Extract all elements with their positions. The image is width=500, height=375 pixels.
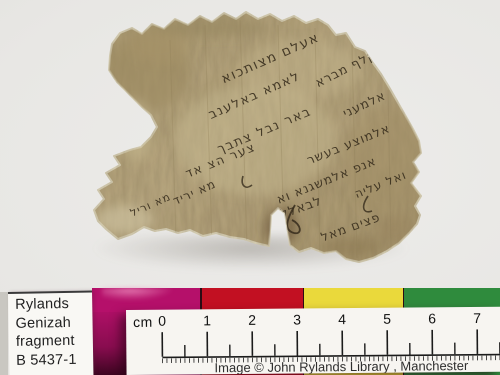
ruler-number: 0 [158,313,166,329]
label-line: fragment [9,332,93,352]
photo-canvas: אעלם מצותכואלאמא באלענבאקלף מבראבאר נבל … [0,0,500,375]
label-line: Rylands [8,295,92,315]
ruler-card: cm Image © John Rylands Library , Manche… [126,307,500,375]
ruler-number: 6 [428,310,436,326]
shadow-between-cards [92,312,128,375]
label-line: B 5437-1 [9,350,93,370]
ruler-number: 5 [383,311,391,327]
ruler-unit-label: cm [133,314,153,330]
label-line: Genizah [8,313,92,333]
magenta-patch-highlight [102,288,172,300]
ruler-number: 2 [248,312,256,328]
ruler-number: 3 [293,311,301,327]
shelfmark-label: RylandsGenizahfragmentB 5437-1 [8,291,93,375]
ruler-number: 4 [338,311,346,327]
ruler-number: 1 [203,312,211,328]
ruler-number: 7 [473,310,481,326]
photo-edge-strip [0,292,8,375]
